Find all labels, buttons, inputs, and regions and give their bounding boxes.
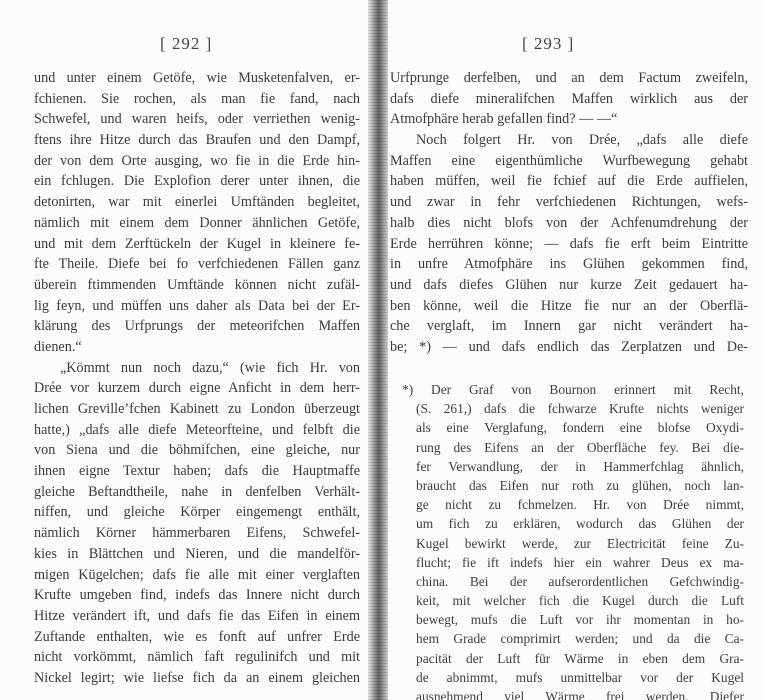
footnote-line: *) Der Graf von Bournon erinnert mit Rec… (402, 380, 744, 399)
footnote-line: (S. 261,) dafs die fchwarze Krufte nicht… (416, 399, 744, 418)
text-line: Zuftande enthalten, wie es fonft auf unf… (34, 627, 360, 648)
left-page-body: und unter einem Getöfe, wie Musketenfalv… (34, 68, 360, 689)
footnote-line: china. Bei der aufserordentlichen Gefchw… (416, 572, 744, 591)
text-line: Hitze verändert ift, und dafs fie das Ei… (34, 606, 360, 627)
text-line: detonirten, war mit einerlei Umftänden b… (34, 192, 360, 213)
text-line: Nickel legirt; wie liefse fich da an ein… (34, 668, 360, 689)
text-line: von Siena und die böhmifchen, eine gleic… (34, 440, 360, 461)
text-line: fte Theile. Diefe bei fo verfchiedenen F… (34, 254, 360, 275)
text-line: Atmofphäre herab gefallen find? — —“ (390, 109, 748, 130)
page-number-left: [ 292 ] (160, 34, 212, 54)
text-line: lichen Greville’fchen Kabinett zu London… (34, 399, 360, 420)
text-line: niffen, und gleiche Körper eingemengt en… (34, 502, 360, 523)
footnote-line: rung des Eifens an der Oberfläche fey. B… (416, 438, 744, 457)
footnote-line: ausnehmend viel Wärme frei werden. Diefe… (416, 687, 744, 700)
text-line: Drée vor kurzem durch eigne Anficht in d… (34, 378, 360, 399)
text-line: che verglaft, im Innern gar nicht veränd… (390, 316, 748, 337)
footnote-line: keit, mit welcher fich die Kugel durch d… (416, 591, 744, 610)
footnote-line: um fich zu erklären, wodurch das Glühen … (416, 514, 744, 533)
footnote-line: pacität der Luft für Wärme in eben dem G… (416, 649, 744, 668)
text-line: überein ftimmenden Umftände können nicht… (34, 275, 360, 296)
text-line: gleiche Beftandtheile, nahe in denfelben… (34, 482, 360, 503)
footnote-line: flucht; fie ift indefs hier ein wahrer D… (416, 553, 744, 572)
text-line: Krufte umgeben find, indefs das Innere n… (34, 585, 360, 606)
text-line: be; *) — und dafs endlich das Zerplatzen… (390, 337, 748, 358)
text-line: fchienen. Sie rochen, als man fie fand, … (34, 89, 360, 110)
footnote: *) Der Graf von Bournon erinnert mit Rec… (416, 380, 744, 700)
text-line: halb dies nicht blofs von der Achfenumdr… (390, 213, 748, 234)
right-page-body: Urfprunge derfelben, und an dem Factum z… (390, 68, 748, 358)
text-line: und mit dem Zerftückeln der Kugel in kle… (34, 234, 360, 255)
page-number-right: [ 293 ] (522, 34, 574, 54)
footnote-line: bewegt, mufs die Luft vor ihr momentan i… (416, 610, 744, 629)
book-spread: [ 292 ] und unter einem Getöfe, wie Musk… (0, 0, 765, 700)
text-line: und dafs diefes Glühen nur kurze Zeit ge… (390, 275, 748, 296)
text-line: Noch folgert Hr. von Drée, „dafs alle di… (390, 130, 748, 151)
text-line: nämlich Körner hämmerbaren Eifens, Schwe… (34, 523, 360, 544)
right-page: [ 293 ] Urfprunge derfelben, und an dem … (388, 0, 765, 700)
text-line: Erde herrühren könne; — dafs fie erft be… (390, 234, 748, 255)
text-line: der von dem Orte ausging, wo fie in die … (34, 151, 360, 172)
text-line: haben müffen, weil fie fchief auf die Er… (390, 171, 748, 192)
book-gutter (368, 0, 388, 700)
footnote-line: hem Grade comprimirt werden; und da die … (416, 629, 744, 648)
text-line: hatte,) „dafs alle diefe Meteorfteine, u… (34, 420, 360, 441)
footnote-line: fer Verwandlung, der in Hammerfchlag ähn… (416, 457, 744, 476)
text-line: ihnen eigne Textur haben; dafs die Haupt… (34, 461, 360, 482)
text-line: dienen.“ (34, 337, 360, 358)
text-line: und unter einem Getöfe, wie Musketenfalv… (34, 68, 360, 89)
text-line: dafs diefe mineralifchen Maffen wirklich… (390, 89, 748, 110)
text-line: „Kömmt nun noch dazu,“ (wie fich Hr. von (34, 358, 360, 379)
text-line: ben könne, weil die Hitze fie nur an der… (390, 296, 748, 317)
text-line: und zwar in fehr verfchiedenen Richtunge… (390, 192, 748, 213)
footnote-line: Kugel bewirkt werde, zur Electricität fe… (416, 534, 744, 553)
text-line: Maffen eine eigenthümliche Wurfbewegung … (390, 151, 748, 172)
left-page: [ 292 ] und unter einem Getöfe, wie Musk… (0, 0, 368, 700)
text-line: nämlich mit einem dem Donner ähnlichen G… (34, 213, 360, 234)
text-line: Urfprunge derfelben, und an dem Factum z… (390, 68, 748, 89)
text-line: migen Kügelchen; dafs fie alle mit einer… (34, 565, 360, 586)
text-line: Schwefel, und waren heifs, oder verrieth… (34, 109, 360, 130)
text-line: nicht vorkömmt, nämlich faft regulinifch… (34, 647, 360, 668)
footnote-line: ge nicht zu fchmelzen. Hr. von Drée nimm… (416, 495, 744, 514)
footnote-line: als eine Verglafung, fondern eine blofse… (416, 418, 744, 437)
footnote-line: braucht das Eifen nur roth zu glühen, no… (416, 476, 744, 495)
text-line: kies in Blättchen und Nieren, und die ma… (34, 544, 360, 565)
text-line: ftens ihre Hitze durch das Braufen und d… (34, 130, 360, 151)
text-line: klärung des Urfprungs der meteorifchen M… (34, 316, 360, 337)
footnote-line: de abnimmt, mufs unmittelbar vor der Kug… (416, 668, 744, 687)
text-line: in unfre Atmofphäre ins Glühen gekommen … (390, 254, 748, 275)
text-line: lig feyn, und müffen uns daher als Data … (34, 296, 360, 317)
text-line: ein fchlugen. Die Explofion derer unter … (34, 171, 360, 192)
